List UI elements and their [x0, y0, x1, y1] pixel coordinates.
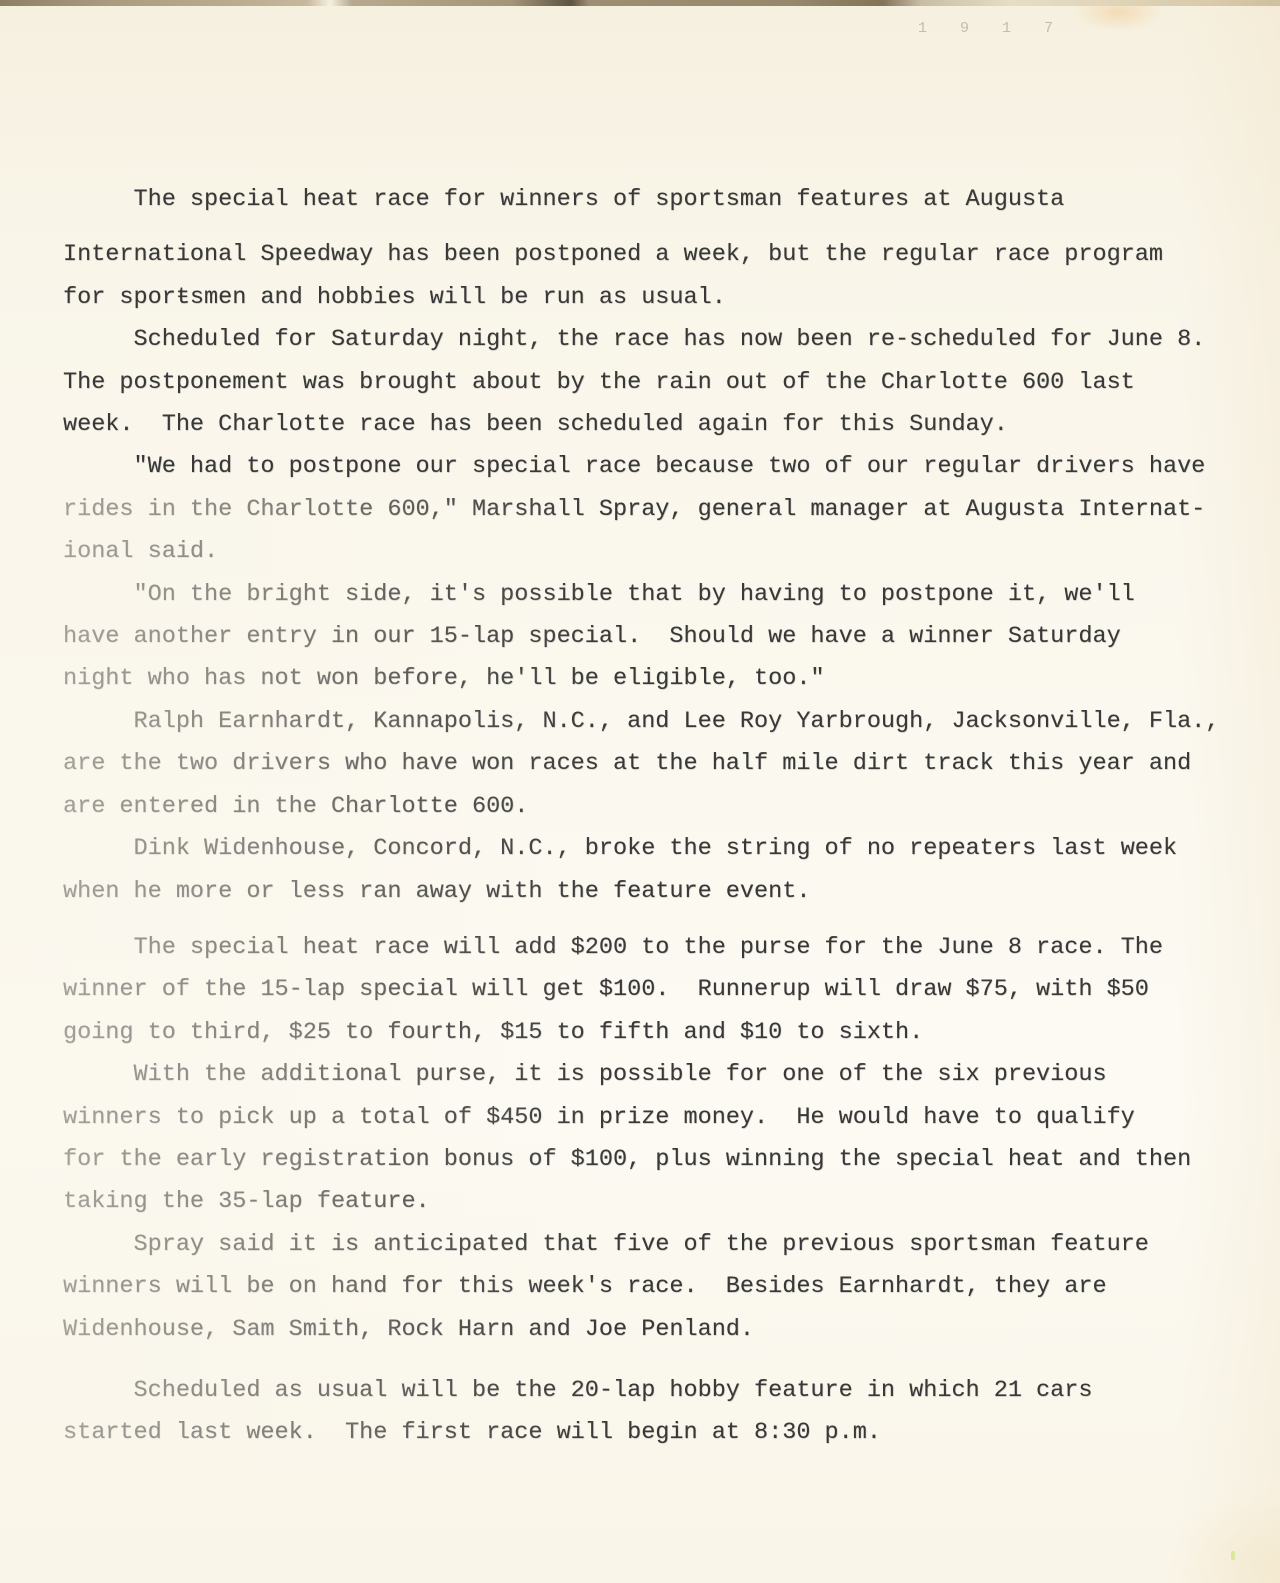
- text-line: With the additional purse, it is possibl…: [63, 1054, 1263, 1096]
- text-line: Scheduled as usual will be the 20-lap ho…: [63, 1370, 1263, 1412]
- pencil-marks: 1 9 1 7: [918, 20, 1065, 37]
- scanned-document-page: 1 9 1 7 The special heat race for winner…: [0, 0, 1280, 1583]
- text-line: winners will be on hand for this week's …: [63, 1266, 1263, 1308]
- text-line: The special heat race will add $200 to t…: [63, 927, 1263, 969]
- text-line: International Speedway has been postpone…: [63, 234, 1263, 276]
- text-line: week. The Charlotte race has been schedu…: [63, 404, 1263, 446]
- text-line: going to third, $25 to fourth, $15 to fi…: [63, 1012, 1263, 1054]
- text-line: "On the bright side, it's possible that …: [63, 574, 1263, 616]
- text-line: The special heat race for winners of spo…: [63, 179, 1263, 221]
- text-line: rides in the Charlotte 600," Marshall Sp…: [63, 489, 1263, 531]
- text-line: for sporŧsmen and hobbies will be run as…: [63, 277, 1263, 319]
- text-line: are the two drivers who have won races a…: [63, 743, 1263, 785]
- text-line: Scheduled for Saturday night, the race h…: [63, 319, 1263, 361]
- text-line: Dink Widenhouse, Concord, N.C., broke th…: [63, 828, 1263, 870]
- text-line: Widenhouse, Sam Smith, Rock Harn and Joe…: [63, 1309, 1263, 1351]
- text-line: taking the 35-lap feature.: [63, 1181, 1263, 1223]
- text-line: ional said.: [63, 531, 1263, 573]
- text-line: when he more or less ran away with the f…: [63, 871, 1263, 913]
- paper-fleck: [1231, 1551, 1235, 1560]
- text-line: started last week. The first race will b…: [63, 1412, 1263, 1454]
- text-line: have another entry in our 15-lap special…: [63, 616, 1263, 658]
- text-line: winners to pick up a total of $450 in pr…: [63, 1097, 1263, 1139]
- text-line: night who has not won before, he'll be e…: [63, 658, 1263, 700]
- text-line: are entered in the Charlotte 600.: [63, 786, 1263, 828]
- document-text: The special heat race for winners of spo…: [63, 179, 1263, 1455]
- text-line: "We had to postpone our special race bec…: [63, 446, 1263, 488]
- text-line: for the early registration bonus of $100…: [63, 1139, 1263, 1181]
- text-line: The postponement was brought about by th…: [63, 362, 1263, 404]
- text-line: Ralph Earnhardt, Kannapolis, N.C., and L…: [63, 701, 1263, 743]
- scan-edge-strip: [0, 0, 1280, 6]
- text-line: winner of the 15-lap special will get $1…: [63, 969, 1263, 1011]
- text-line: Spray said it is anticipated that five o…: [63, 1224, 1263, 1266]
